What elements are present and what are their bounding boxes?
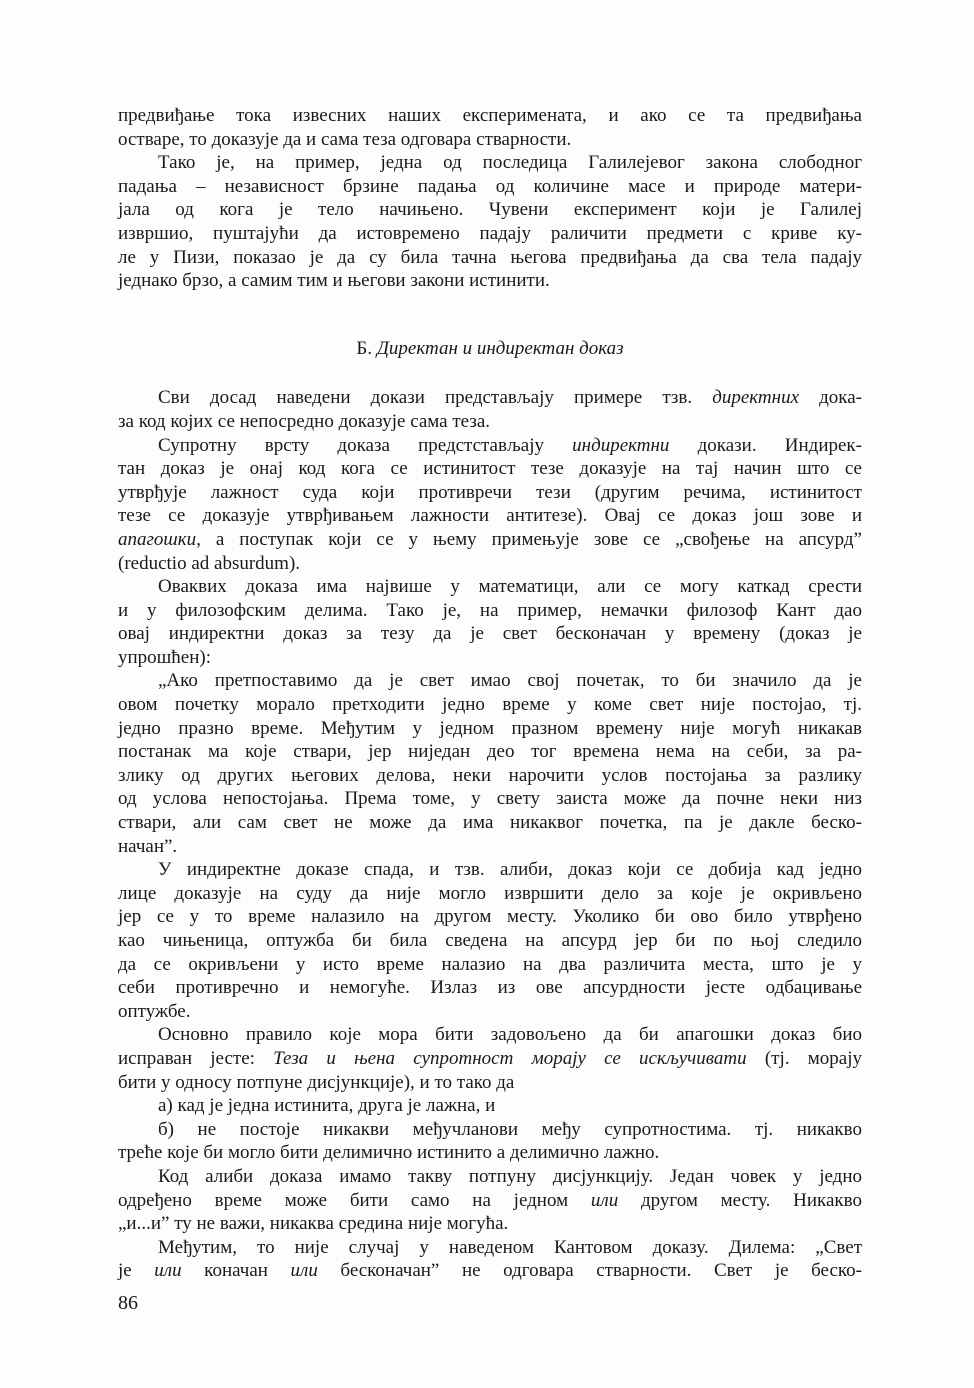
text-line: једно празно време. Међутим у једном пра… bbox=[118, 717, 862, 741]
text-run: овај индиректни доказ за тезу да је свет… bbox=[118, 623, 862, 644]
text-run: докази. Индирек- bbox=[669, 435, 862, 456]
text-line: У индиректне доказе спада, и тзв. алиби,… bbox=[118, 858, 862, 882]
text-line: Супротну врсту доказа предстстављају инд… bbox=[118, 434, 862, 458]
text-line: предвиђање тока извесних наших експериме… bbox=[118, 104, 862, 128]
text-run: за код којих се непосредно доказује сама… bbox=[118, 411, 490, 432]
text-line: ствари, али сам свет не може да има ника… bbox=[118, 811, 862, 835]
text-run: је bbox=[118, 1260, 154, 1281]
text-line: треће које би могло бити делимично истин… bbox=[118, 1141, 862, 1165]
text-line: је или коначан или бесконачан” не одгова… bbox=[118, 1259, 862, 1283]
text-run: Супротну врсту доказа предстстављају bbox=[158, 435, 572, 456]
text-line: оптужбе. bbox=[118, 1000, 862, 1024]
text-run: одређено време може бити само на једном bbox=[118, 1190, 591, 1211]
text-run: од услова непостојања. Према томе, у све… bbox=[118, 788, 862, 809]
text-run: себи противречно и немогуће. Излаз из ов… bbox=[118, 977, 862, 998]
paragraph: а) кад је једна истинита, друга је лажна… bbox=[118, 1094, 862, 1118]
paragraph: Код алиби доказа имамо такву потпуну дис… bbox=[118, 1165, 862, 1236]
text-run: Међутим, то није случај у наведеном Кант… bbox=[158, 1237, 862, 1258]
text-run: „Ако претпоставимо да је свет имао свој … bbox=[158, 670, 862, 691]
text-run: бесконачан” не одговара стварности. Свет… bbox=[318, 1260, 862, 1281]
text-line: остваре, то доказује да и сама теза одго… bbox=[118, 128, 862, 152]
section-heading: Б. Директан и индиректан доказ bbox=[118, 337, 862, 361]
text-line: злику од других његових делова, неки нар… bbox=[118, 764, 862, 788]
paragraph: Међутим, то није случај у наведеном Кант… bbox=[118, 1236, 862, 1283]
text-line: извршио, пуштајући да истовремено падају… bbox=[118, 222, 862, 246]
text-run: Оваквих доказа има највише у математици,… bbox=[158, 576, 862, 597]
text-run: остваре, то доказује да и сама теза одго… bbox=[118, 129, 571, 150]
text-run: упрошћен): bbox=[118, 647, 211, 668]
text-line: овај индиректни доказ за тезу да је свет… bbox=[118, 622, 862, 646]
text-line: јер се у то време налазило на другом мес… bbox=[118, 905, 862, 929]
scanned-book-page: предвиђање тока извесних наших експериме… bbox=[0, 0, 974, 1388]
text-line: да се окривљени у исто време налазио на … bbox=[118, 953, 862, 977]
page-number: 86 bbox=[118, 1292, 138, 1315]
italic-run: директних bbox=[712, 387, 799, 408]
text-line: Код алиби доказа имамо такву потпуну дис… bbox=[118, 1165, 862, 1189]
text-line: за код којих се непосредно доказује сама… bbox=[118, 410, 862, 434]
text-line: апагошки, а поступак који се у њему прим… bbox=[118, 528, 862, 552]
text-run: б) не постоје никакви међучланови међу с… bbox=[158, 1119, 862, 1140]
text-line: а) кад је једна истинита, друга је лажна… bbox=[118, 1094, 862, 1118]
text-run: падања – независност брзине падања од ко… bbox=[118, 176, 862, 197]
text-line: утврђује лажност суда који противречи те… bbox=[118, 481, 862, 505]
text-line: и у филозофским делима. Тако је, на прим… bbox=[118, 599, 862, 623]
text-line: тан доказ је онај код кога се истинитост… bbox=[118, 457, 862, 481]
paragraph: Супротну врсту доказа предстстављају инд… bbox=[118, 434, 862, 576]
italic-run: или bbox=[291, 1260, 318, 1281]
text-run: коначан bbox=[182, 1260, 291, 1281]
text-line: Основно правило које мора бити задовољен… bbox=[118, 1023, 862, 1047]
text-run: утврђује лажност суда који противречи те… bbox=[118, 482, 862, 503]
text-run: једнако брзо, а самим тим и његови закон… bbox=[118, 270, 550, 291]
text-run: а) кад је једна истинита, друга је лажна… bbox=[158, 1095, 495, 1116]
text-line: једнако брзо, а самим тим и његови закон… bbox=[118, 269, 862, 293]
text-run: ле у Пизи, показао је да су била тачна њ… bbox=[118, 247, 862, 268]
text-run: а поступак који се у њему примењује зове… bbox=[201, 529, 862, 550]
italic-run: Директан и индиректан доказ bbox=[377, 338, 624, 359]
text-line: „Ако претпоставимо да је свет имао свој … bbox=[118, 669, 862, 693]
text-line: Међутим, то није случај у наведеном Кант… bbox=[118, 1236, 862, 1260]
text-run: (reductio ad absurdum). bbox=[118, 553, 300, 574]
text-run: Код алиби доказа имамо такву потпуну дис… bbox=[158, 1166, 862, 1187]
text-run: исправан јесте: bbox=[118, 1048, 273, 1069]
text-line: као чињеница, оптужба би била сведена на… bbox=[118, 929, 862, 953]
text-run: постанак ма које ствари, јер ниједан део… bbox=[118, 741, 862, 762]
text-run: извршио, пуштајући да истовремено падају… bbox=[118, 223, 862, 244]
italic-run: или bbox=[591, 1190, 618, 1211]
text-run: као чињеница, оптужба би била сведена на… bbox=[118, 930, 862, 951]
text-run: јала од кога је тело начињено. Чувени ек… bbox=[118, 199, 862, 220]
text-run: лице доказује на суду да није могло извр… bbox=[118, 883, 862, 904]
text-line: падања – независност брзине падања од ко… bbox=[118, 175, 862, 199]
paragraph: б) не постоје никакви међучланови међу с… bbox=[118, 1118, 862, 1165]
text-run: Б. bbox=[356, 338, 376, 359]
text-line: овом почетку морало претходити једно вре… bbox=[118, 693, 862, 717]
text-run: У индиректне доказе спада, и тзв. алиби,… bbox=[158, 859, 862, 880]
text-run: начан”. bbox=[118, 836, 177, 857]
text-run: овом почетку морало претходити једно вре… bbox=[118, 694, 862, 715]
text-run: тезе се доказује утврђивањем лажности ан… bbox=[118, 505, 862, 526]
paragraph: Оваквих доказа има највише у математици,… bbox=[118, 575, 862, 669]
text-run: другом месту. Никакво bbox=[618, 1190, 862, 1211]
text-line: постанак ма које ствари, јер ниједан део… bbox=[118, 740, 862, 764]
text-run: предвиђање тока извесних наших експериме… bbox=[118, 105, 862, 126]
text-line: б) не постоје никакви међучланови међу с… bbox=[118, 1118, 862, 1142]
text-line: Тако је, на пример, једна од последица Г… bbox=[118, 151, 862, 175]
paragraph: Тако је, на пример, једна од последица Г… bbox=[118, 151, 862, 293]
text-run: јер се у то време налазило на другом мес… bbox=[118, 906, 862, 927]
paragraph: предвиђање тока извесних наших експериме… bbox=[118, 104, 862, 151]
text-run: треће које би могло бити делимично истин… bbox=[118, 1142, 659, 1163]
italic-run: Теза и њена супротност морају се искључи… bbox=[273, 1048, 746, 1069]
text-line: од услова непостојања. Према томе, у све… bbox=[118, 787, 862, 811]
text-run: да се окривљени у исто време налазио на … bbox=[118, 954, 862, 975]
text-line: тезе се доказује утврђивањем лажности ан… bbox=[118, 504, 862, 528]
text-run: дока- bbox=[799, 387, 862, 408]
text-run: и у филозофским делима. Тако је, на прим… bbox=[118, 600, 862, 621]
text-line: „и...и” ту не важи, никаква средина није… bbox=[118, 1212, 862, 1236]
paragraph: Основно правило које мора бити задовољен… bbox=[118, 1023, 862, 1094]
text-run: Основно правило које мора бити задовољен… bbox=[158, 1024, 862, 1045]
text-line: Оваквих доказа има највише у математици,… bbox=[118, 575, 862, 599]
text-run: (тј. морају bbox=[747, 1048, 862, 1069]
text-line: себи противречно и немогуће. Излаз из ов… bbox=[118, 976, 862, 1000]
italic-run: индиректни bbox=[572, 435, 669, 456]
paragraph: Сви досад наведени докази представљају п… bbox=[118, 386, 862, 433]
text-line: Сви досад наведени докази представљају п… bbox=[118, 386, 862, 410]
text-line: лице доказује на суду да није могло извр… bbox=[118, 882, 862, 906]
text-run: „и...и” ту не важи, никаква средина није… bbox=[118, 1213, 508, 1234]
text-line: одређено време може бити само на једном … bbox=[118, 1189, 862, 1213]
italic-run: или bbox=[154, 1260, 181, 1281]
text-run: једно празно време. Међутим у једном пра… bbox=[118, 718, 862, 739]
text-run: тан доказ је онај код кога се истинитост… bbox=[118, 458, 862, 479]
text-run: злику од других његових делова, неки нар… bbox=[118, 765, 862, 786]
text-line: ле у Пизи, показао је да су била тачна њ… bbox=[118, 246, 862, 270]
text-run: оптужбе. bbox=[118, 1001, 190, 1022]
text-run: бити у односу потпуне дисјункције), и то… bbox=[118, 1072, 514, 1093]
text-line: бити у односу потпуне дисјункције), и то… bbox=[118, 1071, 862, 1095]
text-line: исправан јесте: Теза и њена супротност м… bbox=[118, 1047, 862, 1071]
text-line: начан”. bbox=[118, 835, 862, 859]
text-block: предвиђање тока извесних наших експериме… bbox=[118, 104, 862, 1283]
paragraph: „Ако претпоставимо да је свет имао свој … bbox=[118, 669, 862, 858]
text-line: јала од кога је тело начињено. Чувени ек… bbox=[118, 198, 862, 222]
text-run: ствари, али сам свет не може да има ника… bbox=[118, 812, 862, 833]
italic-run: апагошки, bbox=[118, 529, 201, 550]
text-line: упрошћен): bbox=[118, 646, 862, 670]
text-line: (reductio ad absurdum). bbox=[118, 552, 862, 576]
text-run: Сви досад наведени докази представљају п… bbox=[158, 387, 712, 408]
paragraph: У индиректне доказе спада, и тзв. алиби,… bbox=[118, 858, 862, 1023]
text-run: Тако је, на пример, једна од последица Г… bbox=[158, 152, 862, 173]
